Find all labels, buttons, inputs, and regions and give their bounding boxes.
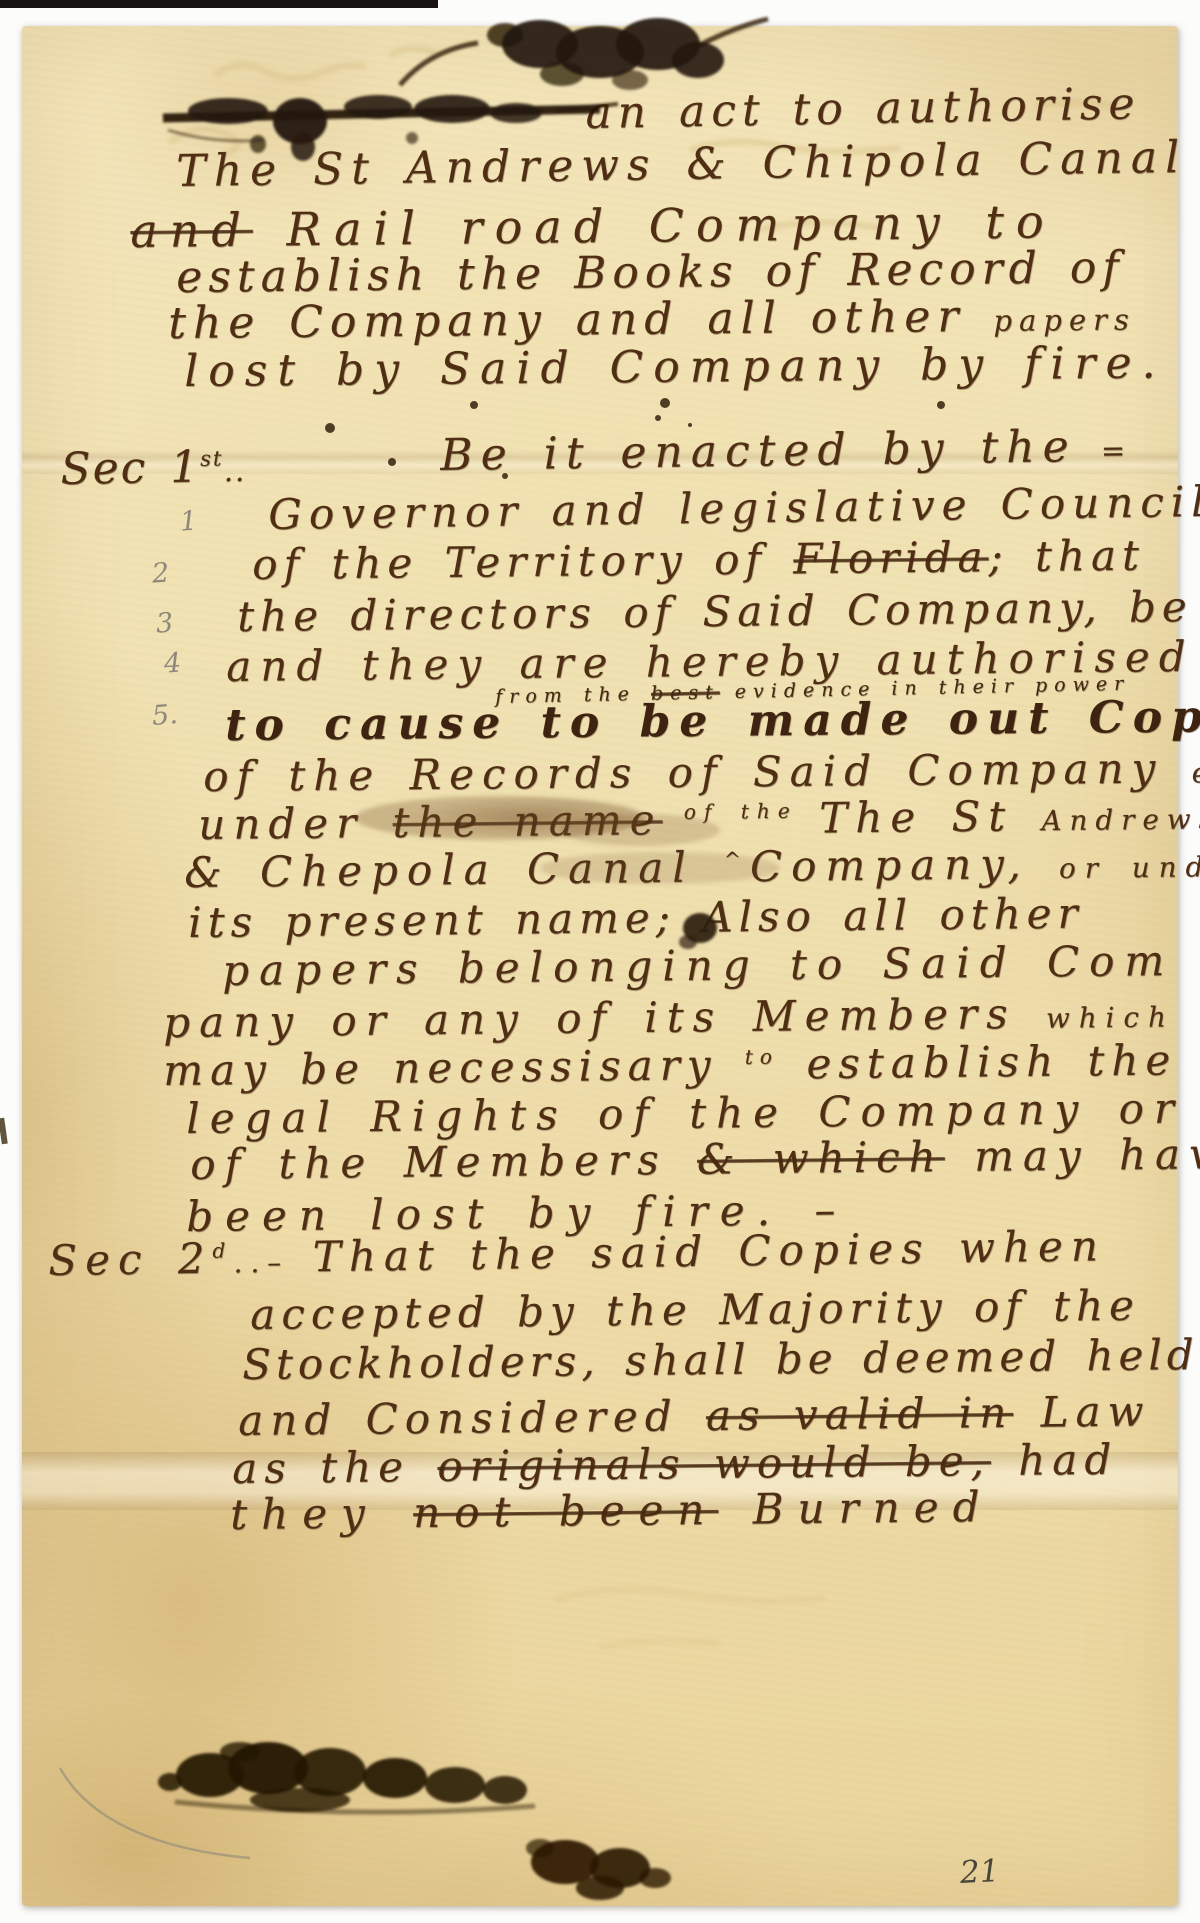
scanner-edge-bar [0, 0, 438, 8]
margin-line-number: 1 [179, 505, 198, 537]
page-number: 21 [959, 1853, 1000, 1891]
margin-line-number: 2 [151, 557, 170, 589]
margin-line-number: 3 [155, 607, 174, 639]
scanned-document: an act to authoriseThe St Andrews & Chip… [0, 0, 1200, 1923]
margin-line-number: 5. [151, 699, 179, 732]
margin-line-number: 4 [163, 647, 182, 679]
margin-numbers-layer: 12345. [0, 0, 1200, 1923]
